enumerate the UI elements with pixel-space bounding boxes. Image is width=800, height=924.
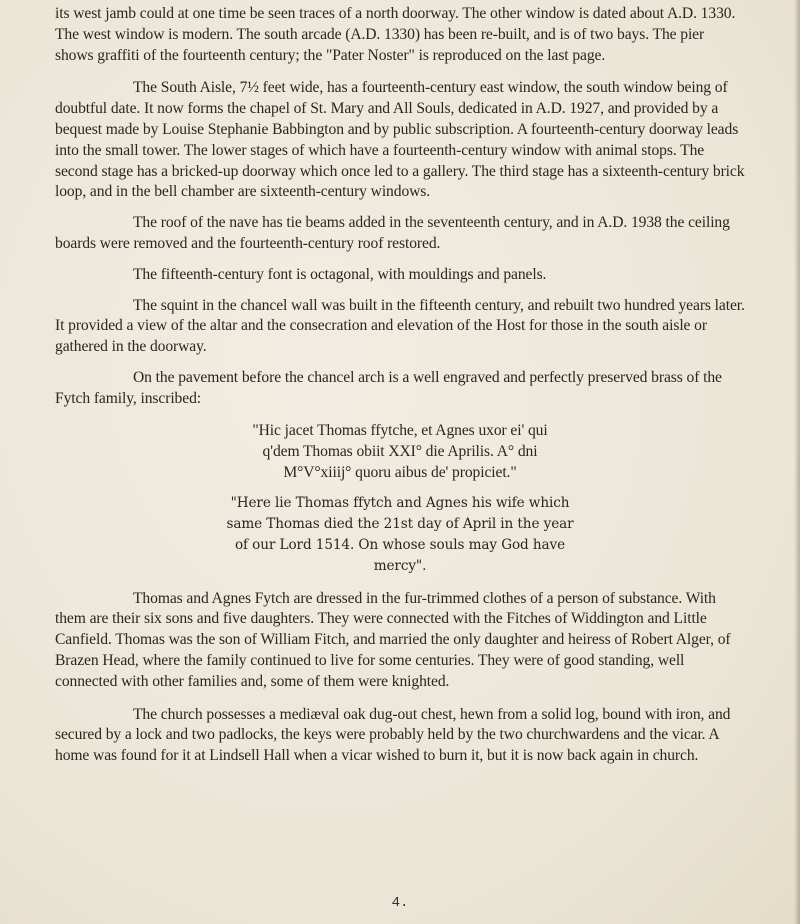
paragraph-south-aisle: The South Aisle, 7½ feet wide, has a fou… <box>55 78 745 203</box>
latin-inscription: "Hic jacet Thomas ffytche, et Agnes uxor… <box>190 420 610 483</box>
translation-line: same Thomas died the 21st day of April i… <box>190 514 610 535</box>
english-translation: "Here lie Thomas ffytch and Agnes his wi… <box>190 493 610 577</box>
latin-line: M°V°xiiij° quoru aibus de' propiciet." <box>190 462 610 483</box>
paragraph-squint: The squint in the chancel wall was built… <box>55 296 745 358</box>
paragraph-nave-roof: The roof of the nave has tie beams added… <box>55 213 745 255</box>
translation-line: "Here lie Thomas ffytch and Agnes his wi… <box>190 493 610 514</box>
page-edge-shadow <box>794 0 800 924</box>
paragraph-font: The fifteenth-century font is octagonal,… <box>55 265 745 286</box>
latin-line: "Hic jacet Thomas ffytche, et Agnes uxor… <box>190 420 610 441</box>
page-number: 4. <box>0 895 800 911</box>
translation-line: mercy". <box>190 556 610 577</box>
paragraph-brass: On the pavement before the chancel arch … <box>55 368 745 410</box>
latin-line: q'dem Thomas obiit XXI° die Aprilis. A° … <box>190 441 610 462</box>
translation-line: of our Lord 1514. On whose souls may God… <box>190 535 610 556</box>
paragraph-fytch-family: Thomas and Agnes Fytch are dressed in th… <box>55 589 745 693</box>
document-body: its west jamb could at one time be seen … <box>55 4 745 777</box>
paragraph-oak-chest: The church possesses a mediæval oak dug-… <box>55 705 745 767</box>
paragraph-north-doorway: its west jamb could at one time be seen … <box>55 4 745 66</box>
